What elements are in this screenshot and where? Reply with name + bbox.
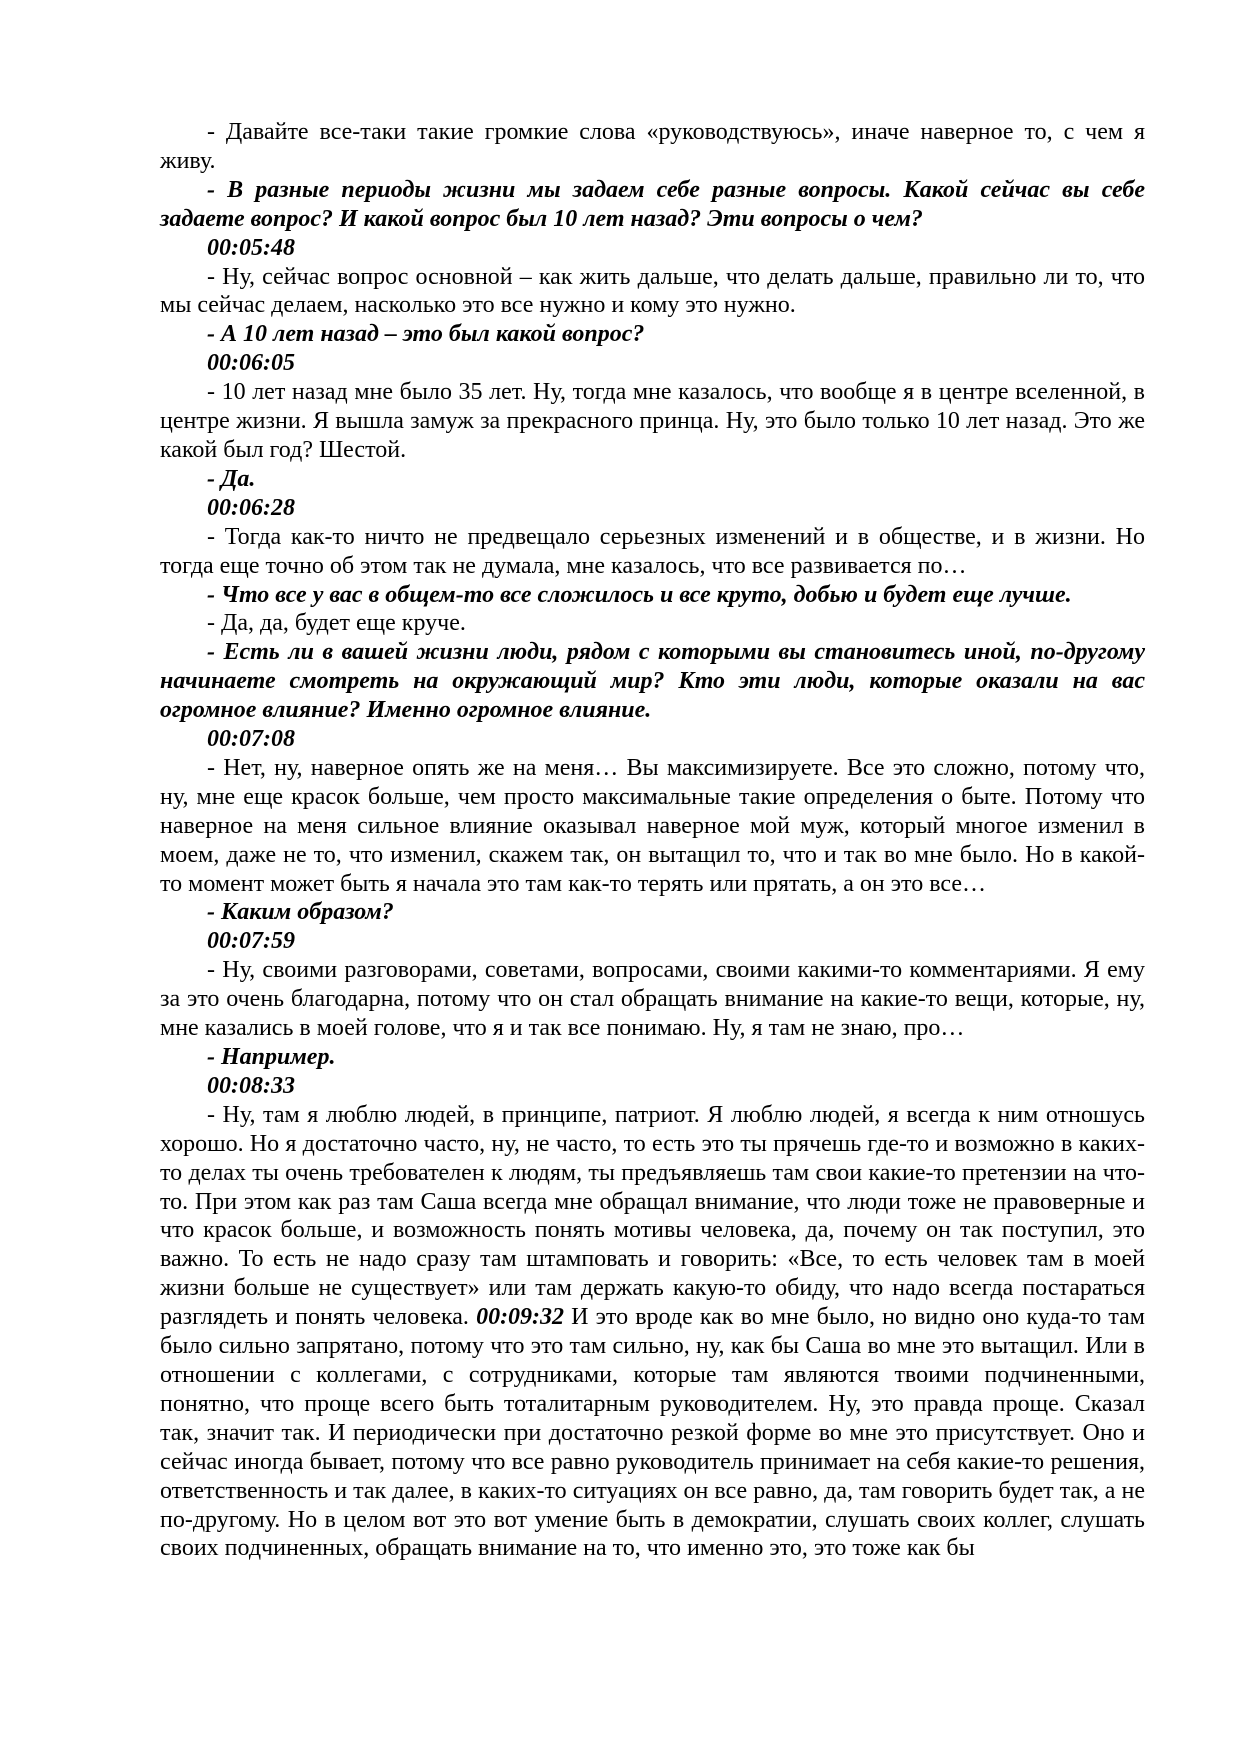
timestamp-line: 00:08:33 bbox=[160, 1072, 1145, 1101]
respondent-speech: - Ну, там я люблю людей, в принципе, пат… bbox=[160, 1101, 1145, 1564]
timestamp-line: 00:06:05 bbox=[160, 349, 1145, 378]
timestamp-line: 00:07:08 bbox=[160, 725, 1145, 754]
timestamp-line: 00:05:48 bbox=[160, 234, 1145, 263]
respondent-speech: - Тогда как-то ничто не предвещало серье… bbox=[160, 523, 1145, 581]
timestamp-line: 00:07:59 bbox=[160, 927, 1145, 956]
respondent-speech: - Ну, сейчас вопрос основной – как жить … bbox=[160, 263, 1145, 321]
speech-text: И это вроде как во мне было, но видно он… bbox=[160, 1304, 1145, 1561]
interviewer-question: - Каким образом? bbox=[160, 898, 1145, 927]
interviewer-question: - А 10 лет назад – это был какой вопрос? bbox=[160, 320, 1145, 349]
interviewer-question: - Что все у вас в общем-то все сложилось… bbox=[160, 581, 1145, 610]
respondent-speech: - Да, да, будет еще круче. bbox=[160, 609, 1145, 638]
respondent-speech: - 10 лет назад мне было 35 лет. Ну, тогд… bbox=[160, 378, 1145, 465]
transcript: - Давайте все-таки такие громкие слова «… bbox=[160, 118, 1145, 1563]
interviewer-question: - В разные периоды жизни мы задаем себе … bbox=[160, 176, 1145, 234]
inline-timestamp: 00:09:32 bbox=[476, 1304, 564, 1330]
document-page: - Давайте все-таки такие громкие слова «… bbox=[0, 0, 1240, 1754]
interviewer-question: - Есть ли в вашей жизни люди, рядом с ко… bbox=[160, 638, 1145, 725]
interviewer-question: - Да. bbox=[160, 465, 1145, 494]
respondent-speech: - Нет, ну, наверное опять же на меня… Вы… bbox=[160, 754, 1145, 899]
respondent-speech: - Ну, своими разговорами, советами, вопр… bbox=[160, 956, 1145, 1043]
interviewer-question: - Например. bbox=[160, 1043, 1145, 1072]
respondent-speech: - Давайте все-таки такие громкие слова «… bbox=[160, 118, 1145, 176]
speech-text: - Ну, там я люблю людей, в принципе, пат… bbox=[160, 1102, 1145, 1330]
timestamp-line: 00:06:28 bbox=[160, 494, 1145, 523]
